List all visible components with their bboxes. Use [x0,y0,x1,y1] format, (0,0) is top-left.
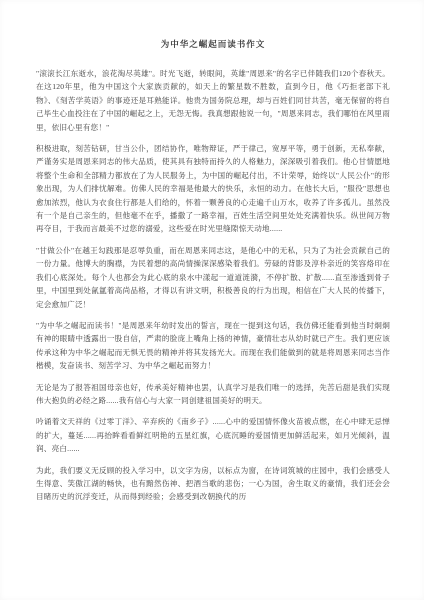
essay-paragraph: "甘做公仆"在越王勾践那是忍辱负重，而在周恩来同志这，是他心中的无私，只为了为社… [36,244,390,311]
document-title: 为中华之崛起而读书作文 [36,38,390,50]
essay-paragraph: "滚滚长江东逝水，浪花淘尽英雄"。时光飞逝，转眼间，英雄"周恩来"的名字已伴随我… [36,67,390,134]
essay-paragraph: 无论是为了报答祖国母亲也好，传承美好精神也罢，认真学习是我们唯一的选择，先苦后甜… [36,381,390,408]
essay-paragraph: 吟诵着文天祥的《过零丁洋》、辛弃疾的《南乡子》......心中的爱国情怀像火苗被… [36,415,390,455]
document-page: 为中华之崛起而读书作文 "滚滚长江东逝水，浪花淘尽英雄"。时光飞逝，转眼间，英雄… [0,0,424,600]
essay-paragraph: 积极进取，刻苦钻研，甘当公仆，团结协作，唯物辩证，严于律己，宽厚平等，勇于创新，… [36,142,390,236]
essay-paragraph: 为此，我们要义无反顾的投入学习中，以文字为房，以标点为窗，在诗词筑城的庄园中，我… [36,464,390,504]
essay-paragraph: "为中华之崛起而读书！"是周恩来年幼时发出的誓言，现在一提到这句话，我仿佛还能看… [36,319,390,373]
essay-body: "滚滚长江东逝水，浪花淘尽英雄"。时光飞逝，转眼间，英雄"周恩来"的名字已伴随我… [36,67,390,504]
